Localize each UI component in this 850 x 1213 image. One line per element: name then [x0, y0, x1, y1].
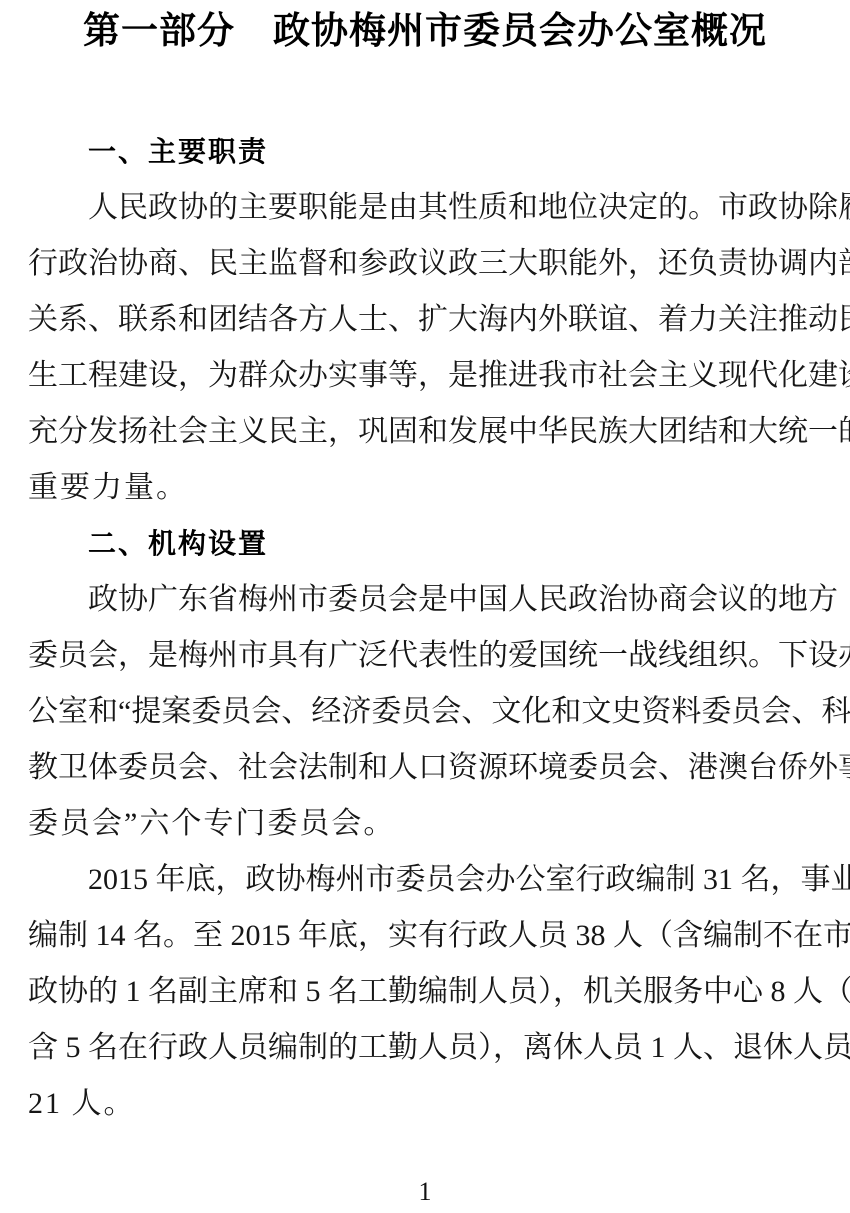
section-heading: 一、主要职责 — [28, 124, 822, 180]
page-number: 1 — [0, 1177, 850, 1207]
body-line: 委员会，是梅州市具有广泛代表性的爱国统一战线组织。下设办 — [28, 628, 822, 684]
paragraph: 政协广东省梅州市委员会是中国人民政治协商会议的地方委员会，是梅州市具有广泛代表性… — [28, 572, 822, 852]
paragraph: 2015 年底，政协梅州市委员会办公室行政编制 31 名，事业编制 14 名。至… — [28, 852, 822, 1132]
document-page: 第一部分 政协梅州市委员会办公室概况 一、主要职责人民政协的主要职能是由其性质和… — [0, 0, 850, 1213]
body-line: 公室和“提案委员会、经济委员会、文化和文史资料委员会、科 — [28, 684, 822, 740]
body-line: 人民政协的主要职能是由其性质和地位决定的。市政协除履 — [28, 180, 822, 236]
section-heading: 二、机构设置 — [28, 516, 822, 572]
body-line: 行政治协商、民主监督和参政议政三大职能外，还负责协调内部 — [28, 236, 822, 292]
body-line: 21 人。 — [28, 1076, 822, 1132]
body-line: 编制 14 名。至 2015 年底，实有行政人员 38 人（含编制不在市 — [28, 908, 822, 964]
body-line: 教卫体委员会、社会法制和人口资源环境委员会、港澳台侨外事 — [28, 740, 822, 796]
body-line: 政协广东省梅州市委员会是中国人民政治协商会议的地方 — [28, 572, 822, 628]
body-line: 2015 年底，政协梅州市委员会办公室行政编制 31 名，事业 — [28, 852, 822, 908]
page-title: 第一部分 政协梅州市委员会办公室概况 — [28, 6, 822, 58]
document-body: 一、主要职责人民政协的主要职能是由其性质和地位决定的。市政协除履行政治协商、民主… — [28, 124, 822, 1132]
body-line: 含 5 名在行政人员编制的工勤人员），离休人员 1 人、退休人员 — [28, 1020, 822, 1076]
body-line: 重要力量。 — [28, 460, 822, 516]
body-line: 生工程建设，为群众办实事等，是推进我市社会主义现代化建设， — [28, 348, 822, 404]
body-line: 关系、联系和团结各方人士、扩大海内外联谊、着力关注推动民 — [28, 292, 822, 348]
body-line: 充分发扬社会主义民主，巩固和发展中华民族大团结和大统一的 — [28, 404, 822, 460]
body-line: 政协的 1 名副主席和 5 名工勤编制人员），机关服务中心 8 人（不 — [28, 964, 822, 1020]
paragraph: 人民政协的主要职能是由其性质和地位决定的。市政协除履行政治协商、民主监督和参政议… — [28, 180, 822, 516]
body-line: 委员会”六个专门委员会。 — [28, 796, 822, 852]
